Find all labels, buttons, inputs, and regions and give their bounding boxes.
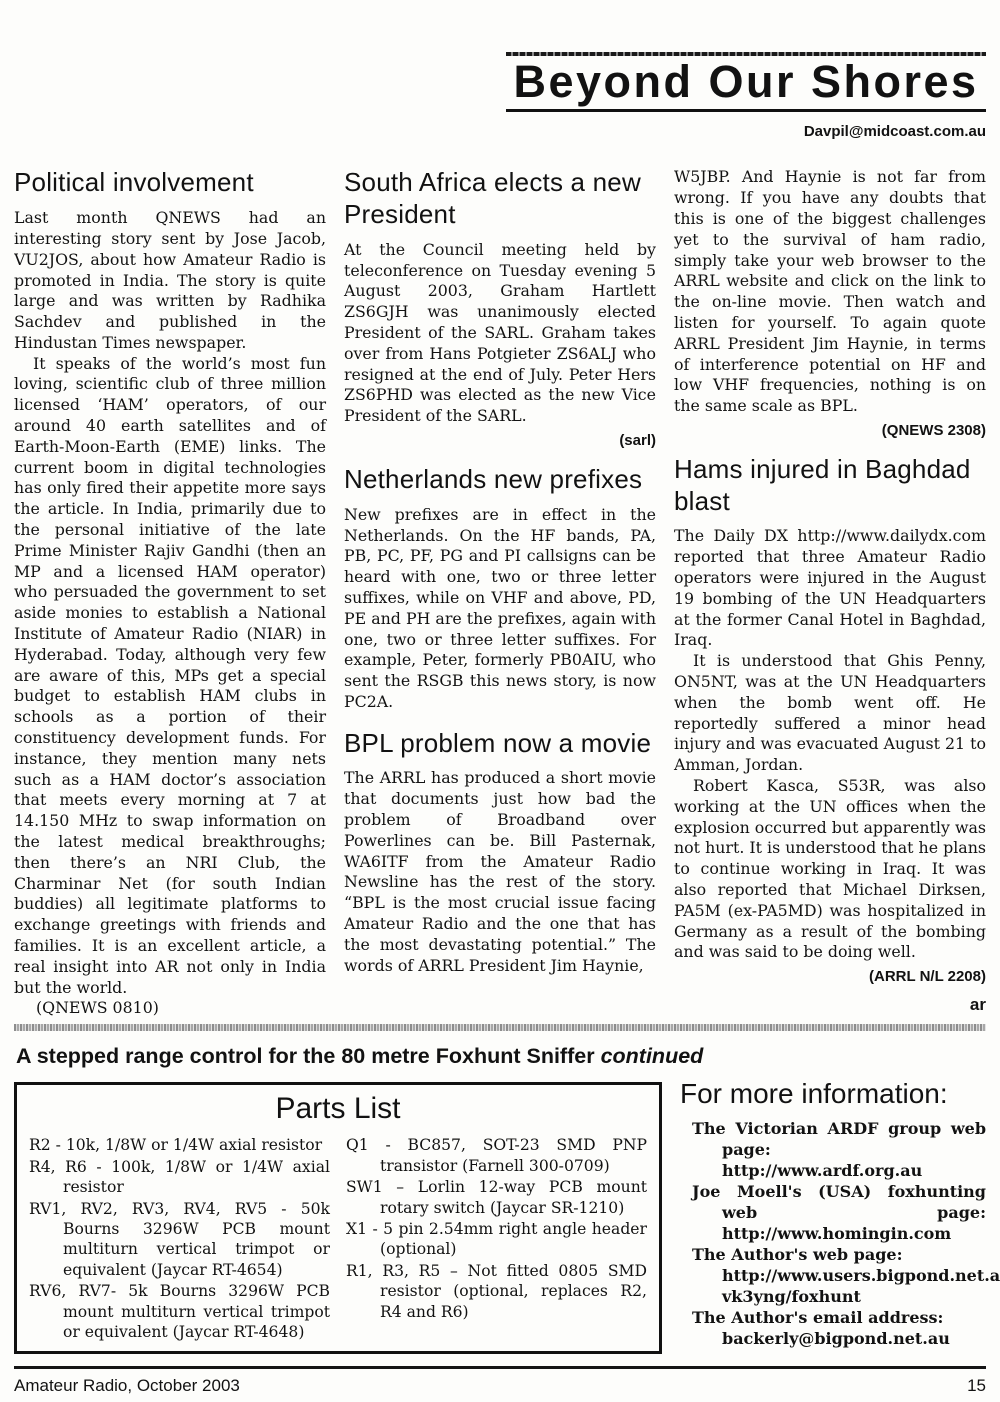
- continued-article-title: A stepped range control for the 80 metre…: [16, 1044, 595, 1068]
- info-item-label: The Author's email address:: [692, 1307, 986, 1328]
- parts-list-columns: R2 - 10k, 1/8W or 1/4W axial resistor R4…: [29, 1135, 647, 1343]
- info-item-url: vk3yng/foxhunt: [722, 1286, 986, 1307]
- continued-article-heading: A stepped range control for the 80 metre…: [16, 1044, 986, 1069]
- more-information: For more information: The Victorian ARDF…: [680, 1082, 986, 1349]
- bottom-section: Parts List R2 - 10k, 1/8W or 1/4W axial …: [14, 1082, 986, 1354]
- part-item: R4, R6 - 100k, 1/8W or 1/4W axial resist…: [29, 1157, 330, 1198]
- article-title-netherlands: Netherlands new prefixes: [344, 464, 656, 496]
- column-2: South Africa elects a new President At t…: [344, 167, 656, 1019]
- article-title-bpl: BPL problem now a movie: [344, 728, 656, 760]
- part-item: RV6, RV7- 5k Bourns 3296W PCB mount mult…: [29, 1281, 330, 1342]
- footer-issue-label: Amateur Radio, October 2003: [14, 1376, 240, 1396]
- column-1: Political involvement Last month QNEWS h…: [14, 167, 326, 1019]
- article-paragraph: At the Council meeting held by teleconfe…: [344, 240, 656, 427]
- part-item: R2 - 10k, 1/8W or 1/4W axial resistor: [29, 1135, 330, 1155]
- article-title-baghdad: Hams injured in Baghdad blast: [674, 454, 986, 517]
- article-credit: (QNEWS 2308): [674, 422, 986, 439]
- article-paragraph: Last month QNEWS had an interesting stor…: [14, 208, 326, 354]
- info-item-label: The Victorian ARDF group web page:: [692, 1118, 986, 1160]
- article-credit: (QNEWS 0810): [14, 998, 326, 1019]
- masthead-bottom-rule: [506, 109, 986, 112]
- magazine-page: Beyond Our Shores Davpil@midcoast.com.au…: [0, 0, 1000, 1402]
- article-paragraph: The ARRL has produced a short movie that…: [344, 768, 656, 976]
- page-title: Beyond Our Shores: [506, 56, 986, 109]
- info-item-label: The Author's web page:: [692, 1244, 986, 1265]
- article-paragraph: Robert Kasca, S53R, was also working at …: [674, 776, 986, 963]
- info-item-url: http://www.ardf.org.au: [722, 1160, 986, 1181]
- info-item-label: Joe Moell's (USA) foxhunting web page: h…: [692, 1181, 986, 1244]
- article-credit: (ARRL N/L 2208): [674, 968, 986, 985]
- article-title-south-africa: South Africa elects a new President: [344, 167, 656, 230]
- masthead: Beyond Our Shores Davpil@midcoast.com.au: [506, 52, 986, 140]
- part-item: RV1, RV2, RV3, RV4, RV5 - 50k Bourns 329…: [29, 1199, 330, 1281]
- parts-list-title: Parts List: [29, 1092, 647, 1126]
- column-3: W5JBP. And Haynie is not far from wrong.…: [674, 167, 986, 1019]
- part-item: SW1 – Lorlin 12-way PCB mount rotary swi…: [346, 1177, 647, 1218]
- article-columns: Political involvement Last month QNEWS h…: [14, 167, 986, 1019]
- info-item: The Author's email address: backerly@big…: [680, 1307, 986, 1349]
- info-item: The Victorian ARDF group web page: http:…: [680, 1118, 986, 1181]
- info-item-url: http://www.users.bigpond.net.au/: [722, 1265, 986, 1286]
- article-paragraph: The Daily DX http://www.dailydx.com repo…: [674, 526, 986, 651]
- part-item: X1 - 5 pin 2.54mm right angle header (op…: [346, 1219, 647, 1260]
- part-item: Q1 - BC857, SOT-23 SMD PNP transistor (F…: [346, 1135, 647, 1176]
- article-credit: (sarl): [344, 432, 656, 449]
- article-paragraph: New prefixes are in effect in the Nether…: [344, 505, 656, 713]
- contact-email: Davpil@midcoast.com.au: [506, 123, 986, 140]
- article-title-political: Political involvement: [14, 167, 326, 199]
- parts-list-right-column: Q1 - BC857, SOT-23 SMD PNP transistor (F…: [346, 1135, 647, 1343]
- article-paragraph-continuation: W5JBP. And Haynie is not far from wrong.…: [674, 167, 986, 417]
- parts-list-left-column: R2 - 10k, 1/8W or 1/4W axial resistor R4…: [29, 1135, 330, 1343]
- part-item: R1, R3, R5 – Not fitted 0805 SMD resisto…: [346, 1261, 647, 1322]
- parts-list-box: Parts List R2 - 10k, 1/8W or 1/4W axial …: [14, 1082, 662, 1354]
- more-information-title: For more information:: [680, 1078, 986, 1110]
- continued-label: continued: [601, 1044, 704, 1068]
- info-item: Joe Moell's (USA) foxhunting web page: h…: [680, 1181, 986, 1244]
- page-footer: Amateur Radio, October 2003 15: [14, 1366, 986, 1396]
- info-item: The Author's web page: http://www.users.…: [680, 1244, 986, 1307]
- section-divider: [14, 1024, 986, 1031]
- footer-page-number: 15: [967, 1376, 986, 1396]
- article-end-mark: ar: [674, 995, 986, 1015]
- article-paragraph: It is understood that Ghis Penny, ON5NT,…: [674, 651, 986, 776]
- article-paragraph: It speaks of the world’s most fun loving…: [14, 354, 326, 999]
- info-item-email: backerly@bigpond.net.au: [722, 1328, 986, 1349]
